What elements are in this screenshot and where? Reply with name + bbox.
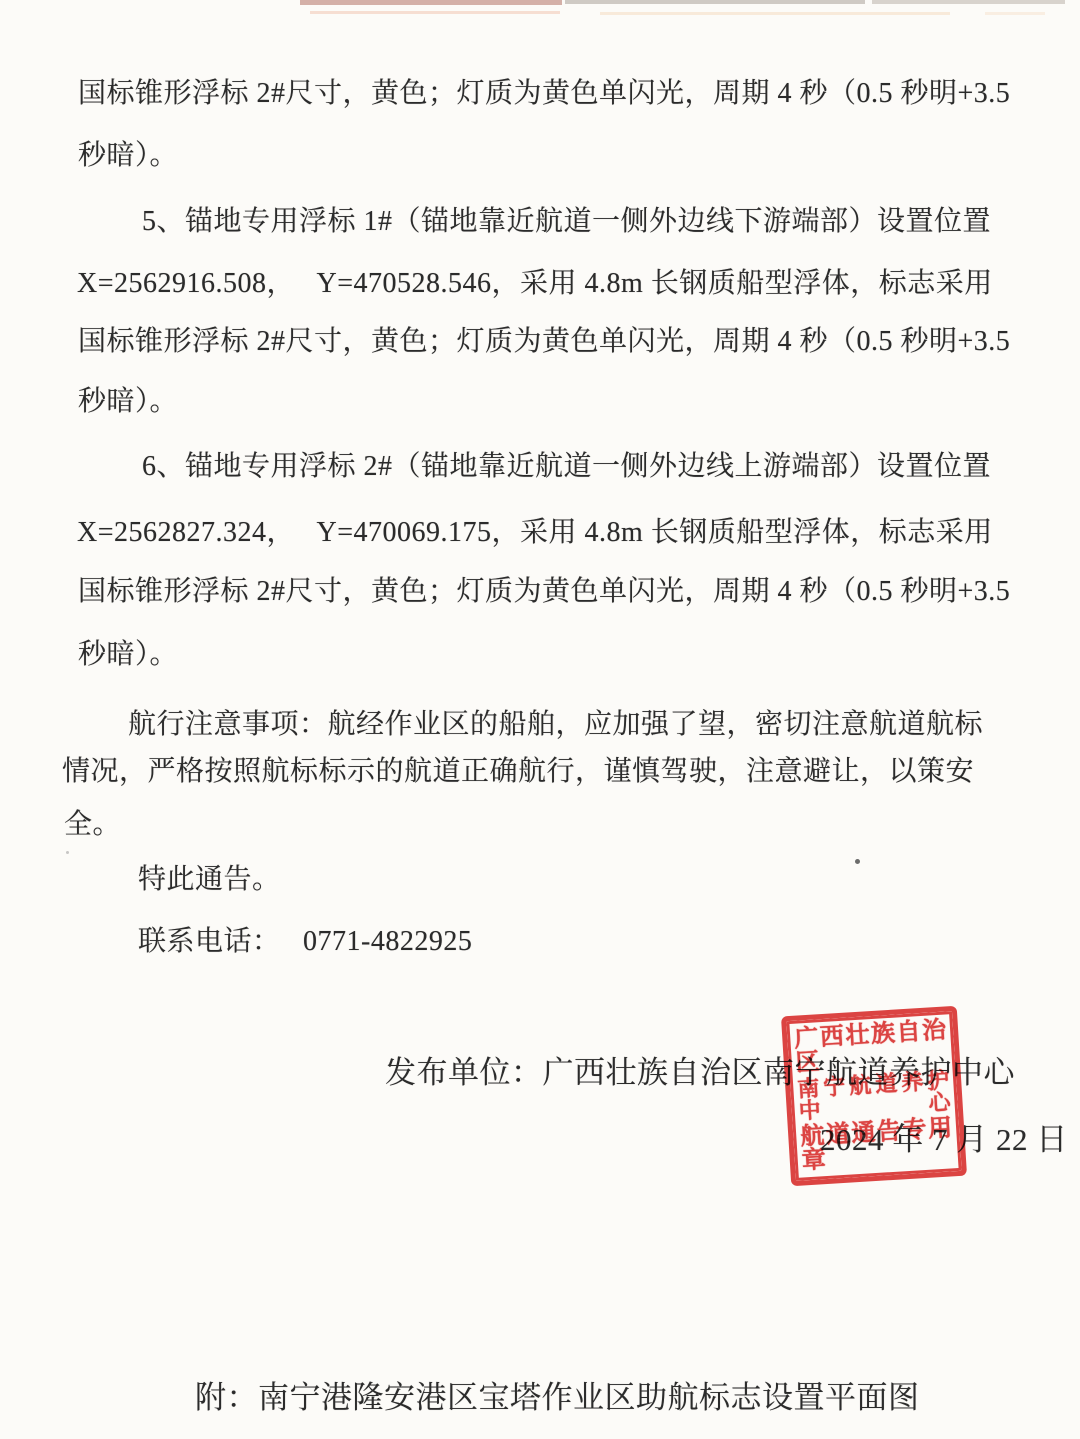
text-line: 附：南宁港隆安港区宝塔作业区助航标志设置平面图 xyxy=(195,1382,920,1415)
text-line: 秒暗）。 xyxy=(78,640,178,669)
stamp-line-purpose: 航道通告专用章 xyxy=(800,1116,955,1173)
text-line: 国标锥形浮标 2#尺寸，黄色；灯质为黄色单闪光，周期 4 秒（0.5 秒明+3.… xyxy=(78,79,1010,108)
official-stamp: 广西壮族自治区 南宁航道养护中心 航道通告专用章 xyxy=(781,1006,967,1186)
stamp-line-org: 南宁航道养护中心 xyxy=(797,1069,951,1122)
stamp-line-region: 广西壮族自治区 xyxy=(794,1018,949,1075)
text-line: 国标锥形浮标 2#尺寸，黄色；灯质为黄色单闪光，周期 4 秒（0.5 秒明+3.… xyxy=(78,577,1010,606)
text-line: 联系电话： 0771-4822925 xyxy=(138,927,472,956)
scanned-notice-page: 国标锥形浮标 2#尺寸，黄色；灯质为黄色单闪光，周期 4 秒（0.5 秒明+3.… xyxy=(0,0,1080,1439)
text-line: 情况，严格按照航标标示的航道正确航行，谨慎驾驶，注意避让，以策安 xyxy=(62,757,974,786)
document-lines: 国标锥形浮标 2#尺寸，黄色；灯质为黄色单闪光，周期 4 秒（0.5 秒明+3.… xyxy=(0,0,1080,1439)
text-line: X=2562827.324， Y=470069.175，采用 4.8m 长钢质船… xyxy=(77,518,993,547)
text-line: 特此通告。 xyxy=(138,865,281,894)
text-line: 国标锥形浮标 2#尺寸，黄色；灯质为黄色单闪光，周期 4 秒（0.5 秒明+3.… xyxy=(78,327,1010,356)
text-line: 航行注意事项：航经作业区的船舶，应加强了望，密切注意航道航标 xyxy=(128,710,983,739)
text-line: 5、锚地专用浮标 1#（锚地靠近航道一侧外边线下游端部）设置位置 xyxy=(142,207,991,236)
text-line: X=2562916.508， Y=470528.546，采用 4.8m 长钢质船… xyxy=(77,269,993,298)
text-line: 秒暗）。 xyxy=(78,141,178,170)
text-line: 6、锚地专用浮标 2#（锚地靠近航道一侧外边线上游端部）设置位置 xyxy=(142,452,991,481)
text-line: 全。 xyxy=(64,810,121,839)
text-line: 秒暗）。 xyxy=(78,387,178,416)
